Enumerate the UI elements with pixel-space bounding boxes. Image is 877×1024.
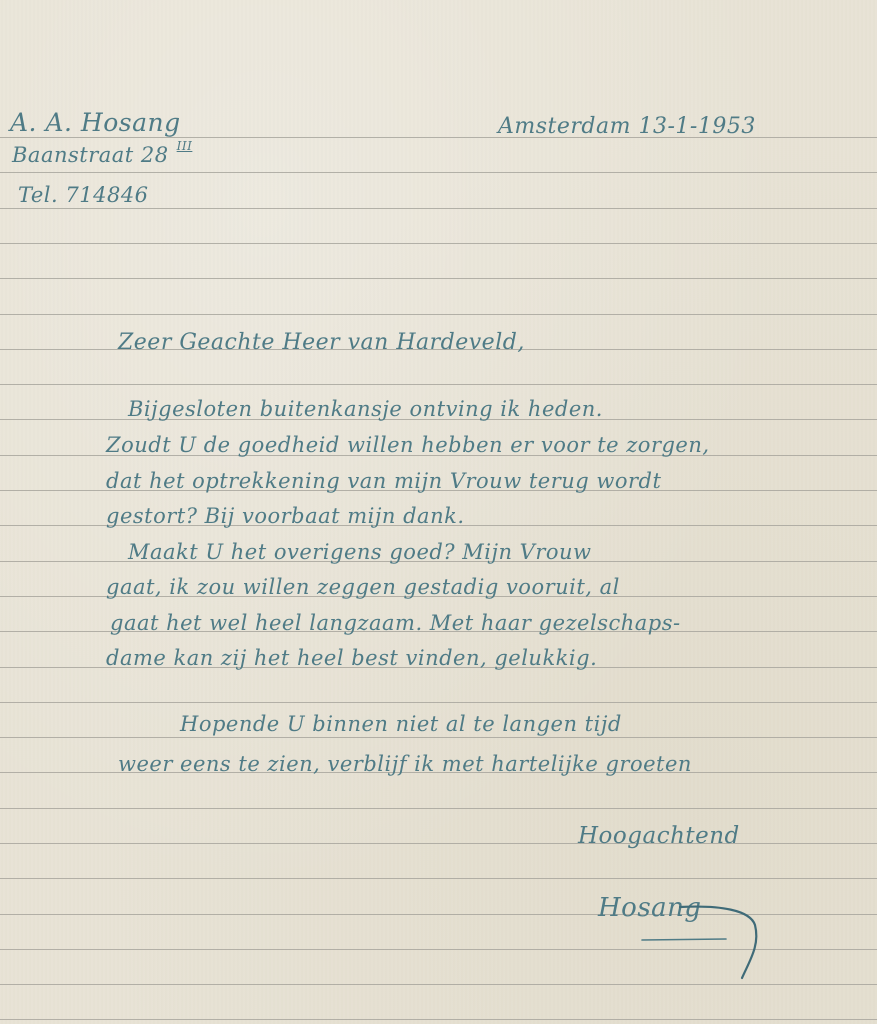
ruled-line (0, 702, 877, 703)
ruled-line (0, 1019, 877, 1020)
ruled-line (0, 278, 877, 279)
body-line: Maakt U het overigens goed? Mijn Vrouw (128, 540, 592, 564)
signature: Hosang (598, 893, 702, 923)
sender-floor: III (177, 139, 193, 153)
sender-street-line: Baanstraat 28 III (12, 143, 188, 167)
closing-line: weer eens te zien, verblijf ik met harte… (118, 752, 692, 776)
body-line: gaat het wel heel langzaam. Met haar gez… (110, 611, 681, 635)
body-line: gaat, ik zou willen zeggen gestadig voor… (106, 575, 620, 599)
ruled-line (0, 984, 877, 985)
body-line: dame kan zij het heel best vinden, geluk… (106, 646, 597, 670)
ruled-line (0, 384, 877, 385)
valediction: Hoogachtend (578, 823, 740, 849)
ruled-line (0, 737, 877, 738)
closing-line: Hopende U binnen niet al te langen tijd (180, 712, 622, 736)
ruled-line (0, 843, 877, 844)
ruled-line (0, 172, 877, 173)
sender-street: Baanstraat 28 (12, 143, 169, 167)
ruled-line (0, 949, 877, 950)
ruled-line (0, 208, 877, 209)
ruled-line (0, 243, 877, 244)
body-line: dat het optrekkening van mijn Vrouw teru… (106, 469, 661, 493)
ruled-line (0, 914, 877, 915)
salutation: Zeer Geachte Heer van Hardeveld, (118, 330, 525, 355)
body-line: Zoudt U de goedheid willen hebben er voo… (106, 433, 710, 457)
ruled-line (0, 314, 877, 315)
sender-name: A. A. Hosang (10, 108, 181, 137)
ruled-line (0, 878, 877, 879)
body-line: Bijgesloten buitenkansje ontving ik hede… (128, 397, 603, 421)
body-line: gestort? Bij voorbaat mijn dank. (106, 504, 465, 528)
sender-phone: Tel. 714846 (18, 183, 149, 207)
ruled-line (0, 808, 877, 809)
place-date: Amsterdam 13-1-1953 (498, 114, 756, 139)
letter-page: A. A. Hosang Baanstraat 28 III Tel. 7148… (0, 0, 877, 1024)
